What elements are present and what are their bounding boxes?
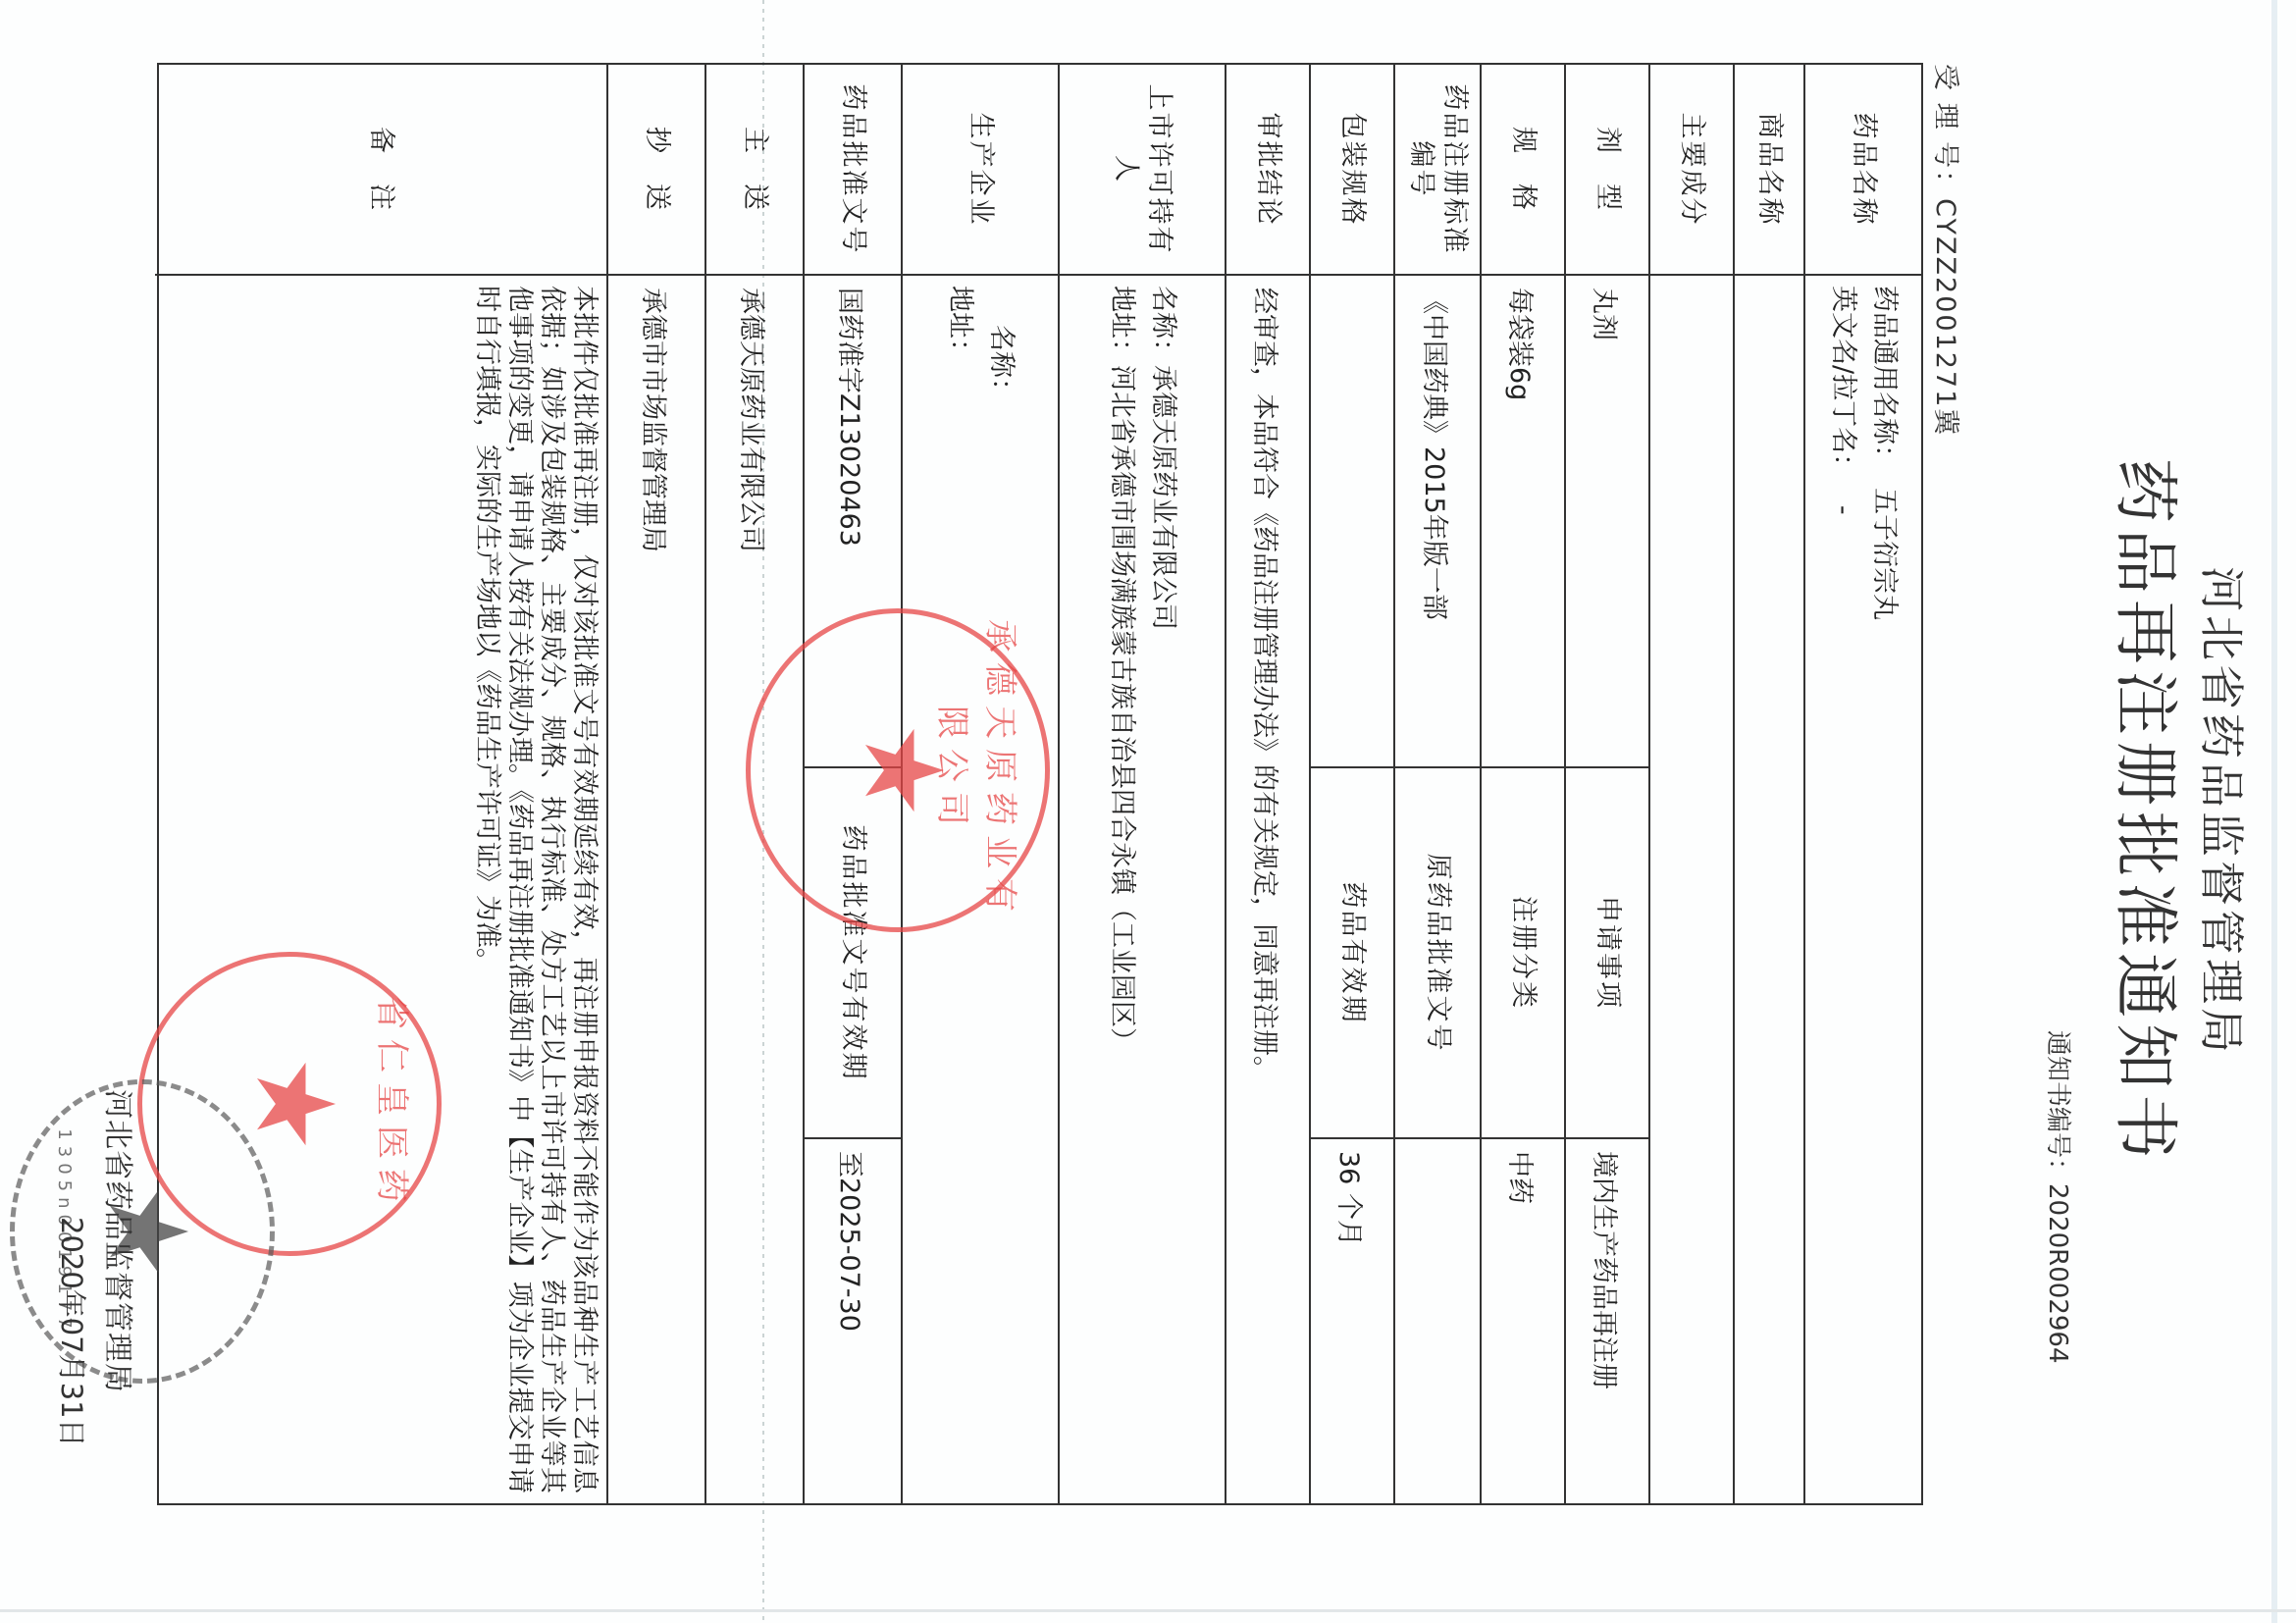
issue-date: 2020年07月31日 — [53, 1217, 93, 1447]
value-trade-name — [1735, 276, 1803, 1507]
row-dosage-form: 剂 型 丸剂 申请事项 境内生产药品再注册 — [1566, 65, 1650, 1503]
notice-number-value: 2020R002964 — [2043, 1183, 2072, 1364]
label-manufacturer: 生产企业 — [903, 65, 1058, 276]
value-remarks: 本批件仅批准再注册，仅对该批准文号有效期延续有效，再注册申报资料不能作为该品种生… — [465, 276, 606, 1507]
value-approval-conclusion: 经审查，本品符合《药品注册管理办法》的有关规定，同意再注册。 — [1226, 276, 1309, 1507]
value-mah: 名称：承德天原药业有限公司 地址：河北省承德市围场满族蒙古族自治县四合永镇（工业… — [1060, 276, 1225, 1507]
value-main-ingredients — [1650, 276, 1733, 1507]
row-packaging: 包装规格 药品有效期 36 个月 — [1311, 65, 1395, 1503]
label-remarks: 备 注 — [155, 65, 606, 276]
generic-name: 药品通用名称： 五子衍宗丸 — [1863, 286, 1905, 620]
acceptance-number-label: 受 理 号： — [1930, 64, 1960, 198]
label-registration-standard: 药品注册标准编号 — [1395, 65, 1480, 276]
manufacturer-address-label: 地址： — [945, 286, 975, 365]
value-main-recipient: 承德天原药业有限公司 — [706, 276, 803, 1507]
issuing-organization: 河北省药品监督管理局 — [2192, 0, 2257, 1623]
label-dosage-form: 剂 型 — [1566, 65, 1648, 276]
manufacturer-address: 地址： — [939, 286, 980, 365]
english-latin-value: - — [1828, 505, 1858, 515]
label-drug-validity: 药品有效期 — [1311, 766, 1393, 1139]
acceptance-number-value: CYZZ2001271冀 — [1930, 198, 1960, 437]
label-mah: 上市许可持有人 — [1060, 65, 1225, 276]
generic-name-value: 五子衍宗丸 — [1869, 488, 1900, 620]
row-cc: 抄 送 承德市市场监督管理局 — [608, 65, 706, 1503]
row-drug-name: 药品名称 药品通用名称： 五子衍宗丸 英文名/拉丁名： - — [1805, 65, 1921, 1503]
label-main-recipient: 主 送 — [706, 65, 803, 276]
label-approval-number: 药品批准文号 — [805, 65, 901, 276]
label-trade-name: 商品名称 — [1735, 65, 1803, 276]
row-main-ingredients: 主要成分 — [1650, 65, 1735, 1503]
english-latin-label: 英文名/拉丁名： — [1828, 286, 1858, 480]
value-drug-validity: 36 个月 — [1311, 1139, 1393, 1507]
generic-name-label: 药品通用名称： — [1869, 286, 1900, 471]
row-approval-conclusion: 审批结论 经审查，本品符合《药品注册管理办法》的有关规定，同意再注册。 — [1226, 65, 1311, 1503]
label-packaging: 包装规格 — [1311, 65, 1393, 276]
value-registration-category: 中药 — [1482, 1139, 1564, 1507]
english-latin-name: 英文名/拉丁名： - — [1822, 286, 1863, 515]
mah-address-label: 地址： — [1107, 286, 1137, 365]
mah-address: 地址：河北省承德市围场满族蒙古族自治县四合永镇（工业园区） — [1101, 286, 1142, 1054]
issuer-signature: 河北省药品监督管理局 — [99, 1089, 142, 1393]
label-specification: 规 格 — [1482, 65, 1564, 276]
label-drug-name: 药品名称 — [1805, 65, 1921, 276]
row-mah: 上市许可持有人 名称：承德天原药业有限公司 地址：河北省承德市围场满族蒙古族自治… — [1060, 65, 1226, 1503]
label-application-item: 申请事项 — [1566, 766, 1648, 1139]
mah-name-label: 名称： — [1148, 286, 1178, 365]
mah-name: 名称：承德天原药业有限公司 — [1142, 286, 1183, 630]
label-api-approval-number: 原药品批准文号 — [1395, 766, 1480, 1139]
mah-name-value: 承德天原药业有限公司 — [1148, 365, 1178, 630]
row-registration-standard: 药品注册标准编号 《中国药典》2015年版一部 原药品批准文号 — [1395, 65, 1482, 1503]
manufacturer-name: 名称： — [980, 286, 1021, 404]
document-page: 河北省药品监督管理局 药品再注册批准通知书 通知书编号：2020R002964 … — [0, 0, 2296, 1623]
company-seal: 承德天原药业有限公司 ★ — [746, 608, 1050, 932]
star-icon: ★ — [241, 1056, 349, 1153]
document-title: 药品再注册批准通知书 — [2105, 0, 2198, 1623]
label-main-ingredients: 主要成分 — [1650, 65, 1733, 276]
mah-address-value: 河北省承德市围场满族蒙古族自治县四合永镇（工业园区） — [1107, 365, 1137, 1054]
official-seal: ★ 1305n0019177 — [10, 1079, 275, 1384]
value-registration-standard: 《中国药典》2015年版一部 — [1395, 276, 1480, 766]
value-dosage-form: 丸剂 — [1566, 276, 1648, 766]
label-cc: 抄 送 — [608, 65, 704, 276]
value-packaging — [1311, 276, 1393, 766]
pharmacy-seal-text: 省仁皇医药 — [371, 957, 419, 1251]
manufacturer-name-label: 名称： — [986, 325, 1017, 404]
acceptance-number: 受 理 号：CYZZ2001271冀 — [1929, 64, 1967, 437]
value-specification: 每袋装6g — [1482, 276, 1564, 766]
notice-number: 通知书编号：2020R002964 — [2042, 1030, 2078, 1364]
notice-number-label: 通知书编号： — [2043, 1030, 2072, 1183]
value-approval-validity: 至2025-07-30 — [805, 1139, 901, 1507]
label-approval-conclusion: 审批结论 — [1226, 65, 1309, 276]
value-drug-name: 药品通用名称： 五子衍宗丸 英文名/拉丁名： - — [1805, 276, 1921, 1507]
star-icon: ★ — [850, 722, 958, 819]
value-api-approval-number — [1395, 1139, 1480, 1507]
value-cc: 承德市市场监督管理局 — [608, 276, 704, 1507]
row-specification: 规 格 每袋装6g 注册分类 中药 — [1482, 65, 1566, 1503]
row-trade-name: 商品名称 — [1735, 65, 1805, 1503]
label-registration-category: 注册分类 — [1482, 766, 1564, 1139]
value-application-item: 境内生产药品再注册 — [1566, 1139, 1648, 1507]
